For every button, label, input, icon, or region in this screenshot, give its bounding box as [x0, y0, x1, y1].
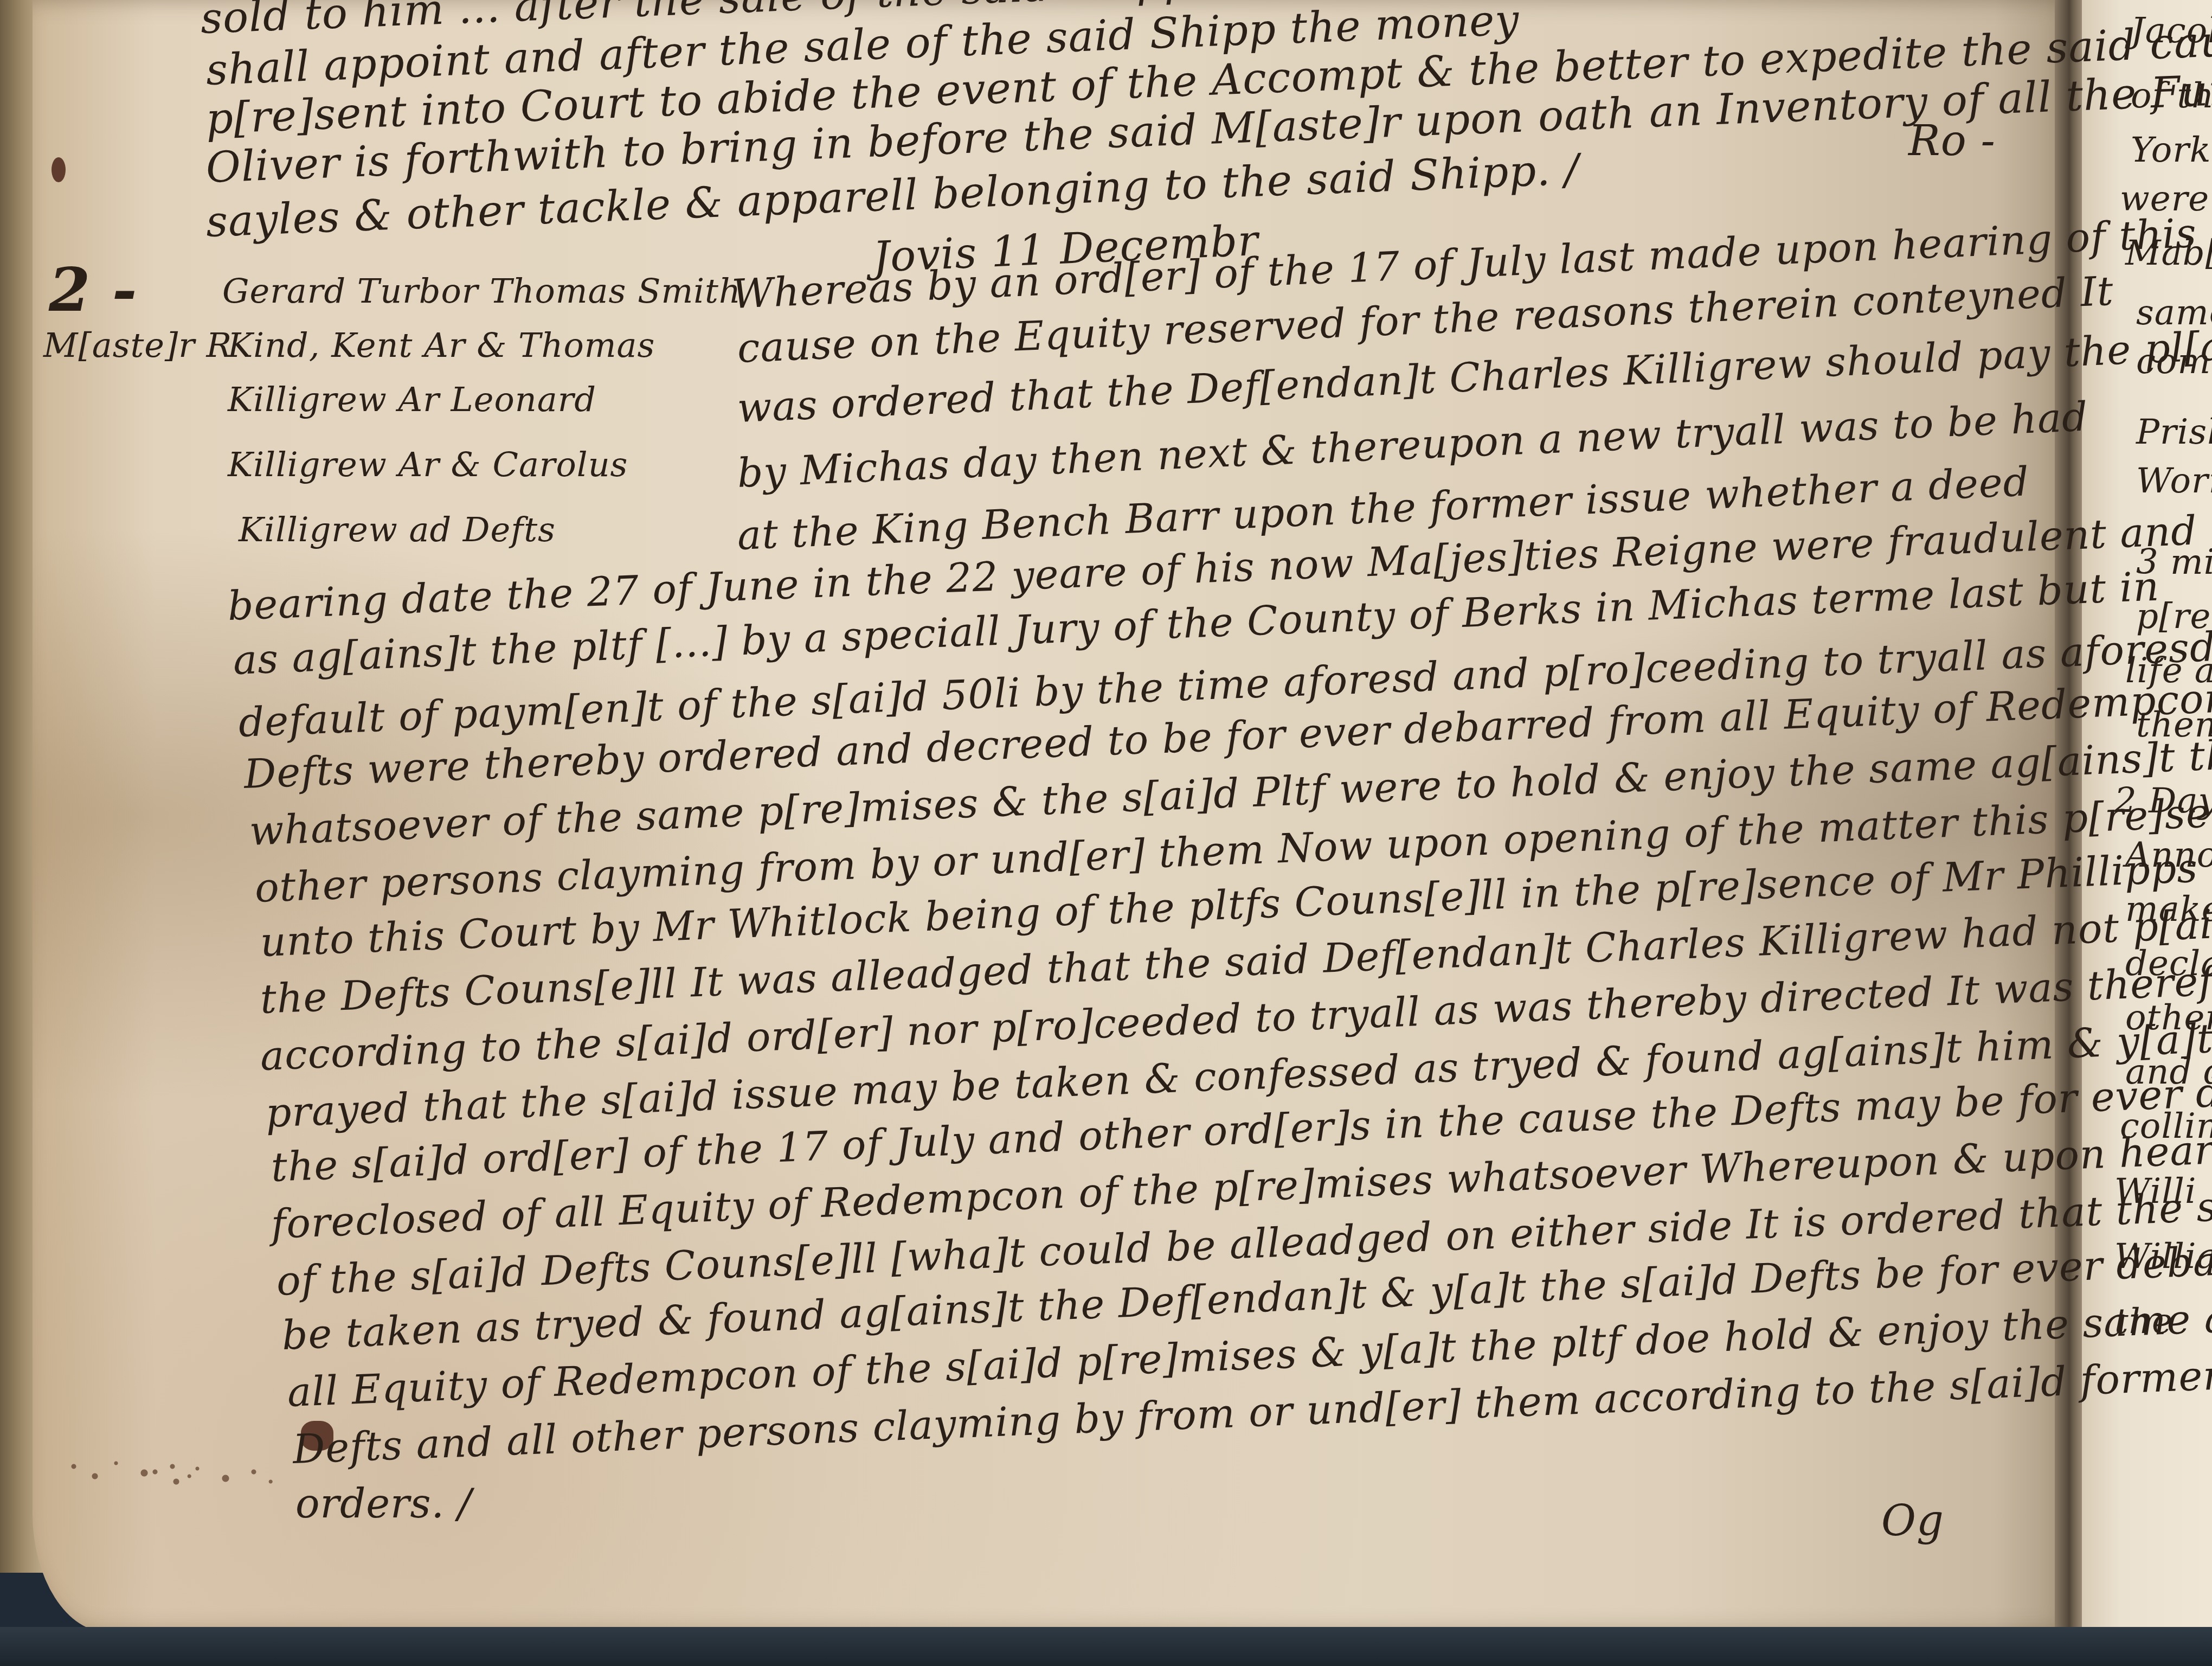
right-fragment: then [2136, 705, 2212, 745]
right-fragment: were [2120, 179, 2209, 219]
right-fragment: Anno [2125, 835, 2212, 875]
right-fragment: make [2125, 889, 2212, 930]
party-line: Killigrew ad Defts [239, 510, 556, 549]
right-fragment: Worm [2136, 461, 2212, 501]
right-fragment: Prisho [2136, 412, 2212, 452]
background-cloth-bottom [0, 1627, 2212, 1666]
right-fragment: Yorke [2131, 130, 2212, 170]
right-fragment: 2 Day [2114, 781, 2212, 821]
right-fragment: combr [2136, 342, 2212, 382]
right-fragment: other [2125, 998, 2212, 1038]
right-fragment: William [2114, 1236, 2212, 1277]
right-fragment: 3 mi [2136, 542, 2212, 582]
margin-master-mark: M[aste]r R [43, 325, 232, 365]
right-fragment: p[re]mis [2136, 597, 2212, 637]
right-fragment: the [2114, 1302, 2173, 1342]
right-fragment: same [2136, 293, 2212, 333]
right-fragment: Jacob [2131, 11, 2212, 51]
right-fragment: and di [2125, 1052, 2212, 1092]
body-line: orders. / [295, 1481, 472, 1527]
margin-number: 2 - [49, 255, 138, 325]
ink-blot [52, 157, 66, 182]
right-fragment: declar [2125, 944, 2212, 984]
right-fragment: Willi [2114, 1171, 2197, 1212]
party-line: Kind, Kent Ar & Thomas [228, 325, 655, 365]
right-fragment: Mab[...] [2125, 233, 2212, 273]
closing-mark: Og [1881, 1497, 1944, 1546]
right-fragment: of the [2131, 76, 2212, 116]
manuscript-photo: sold to him ... after the sale of the sa… [0, 0, 2212, 1666]
party-line: Killigrew Ar Leonard [228, 380, 596, 419]
right-fragment: collin [2120, 1106, 2212, 1146]
right-fragment: life a [2125, 651, 2212, 691]
party-line: Killigrew Ar & Carolus [228, 445, 628, 484]
prev-signature: Ro - [1908, 117, 1996, 165]
party-line: Gerard Turbor Thomas Smith [222, 271, 741, 311]
foxing-specks [141, 1459, 282, 1491]
